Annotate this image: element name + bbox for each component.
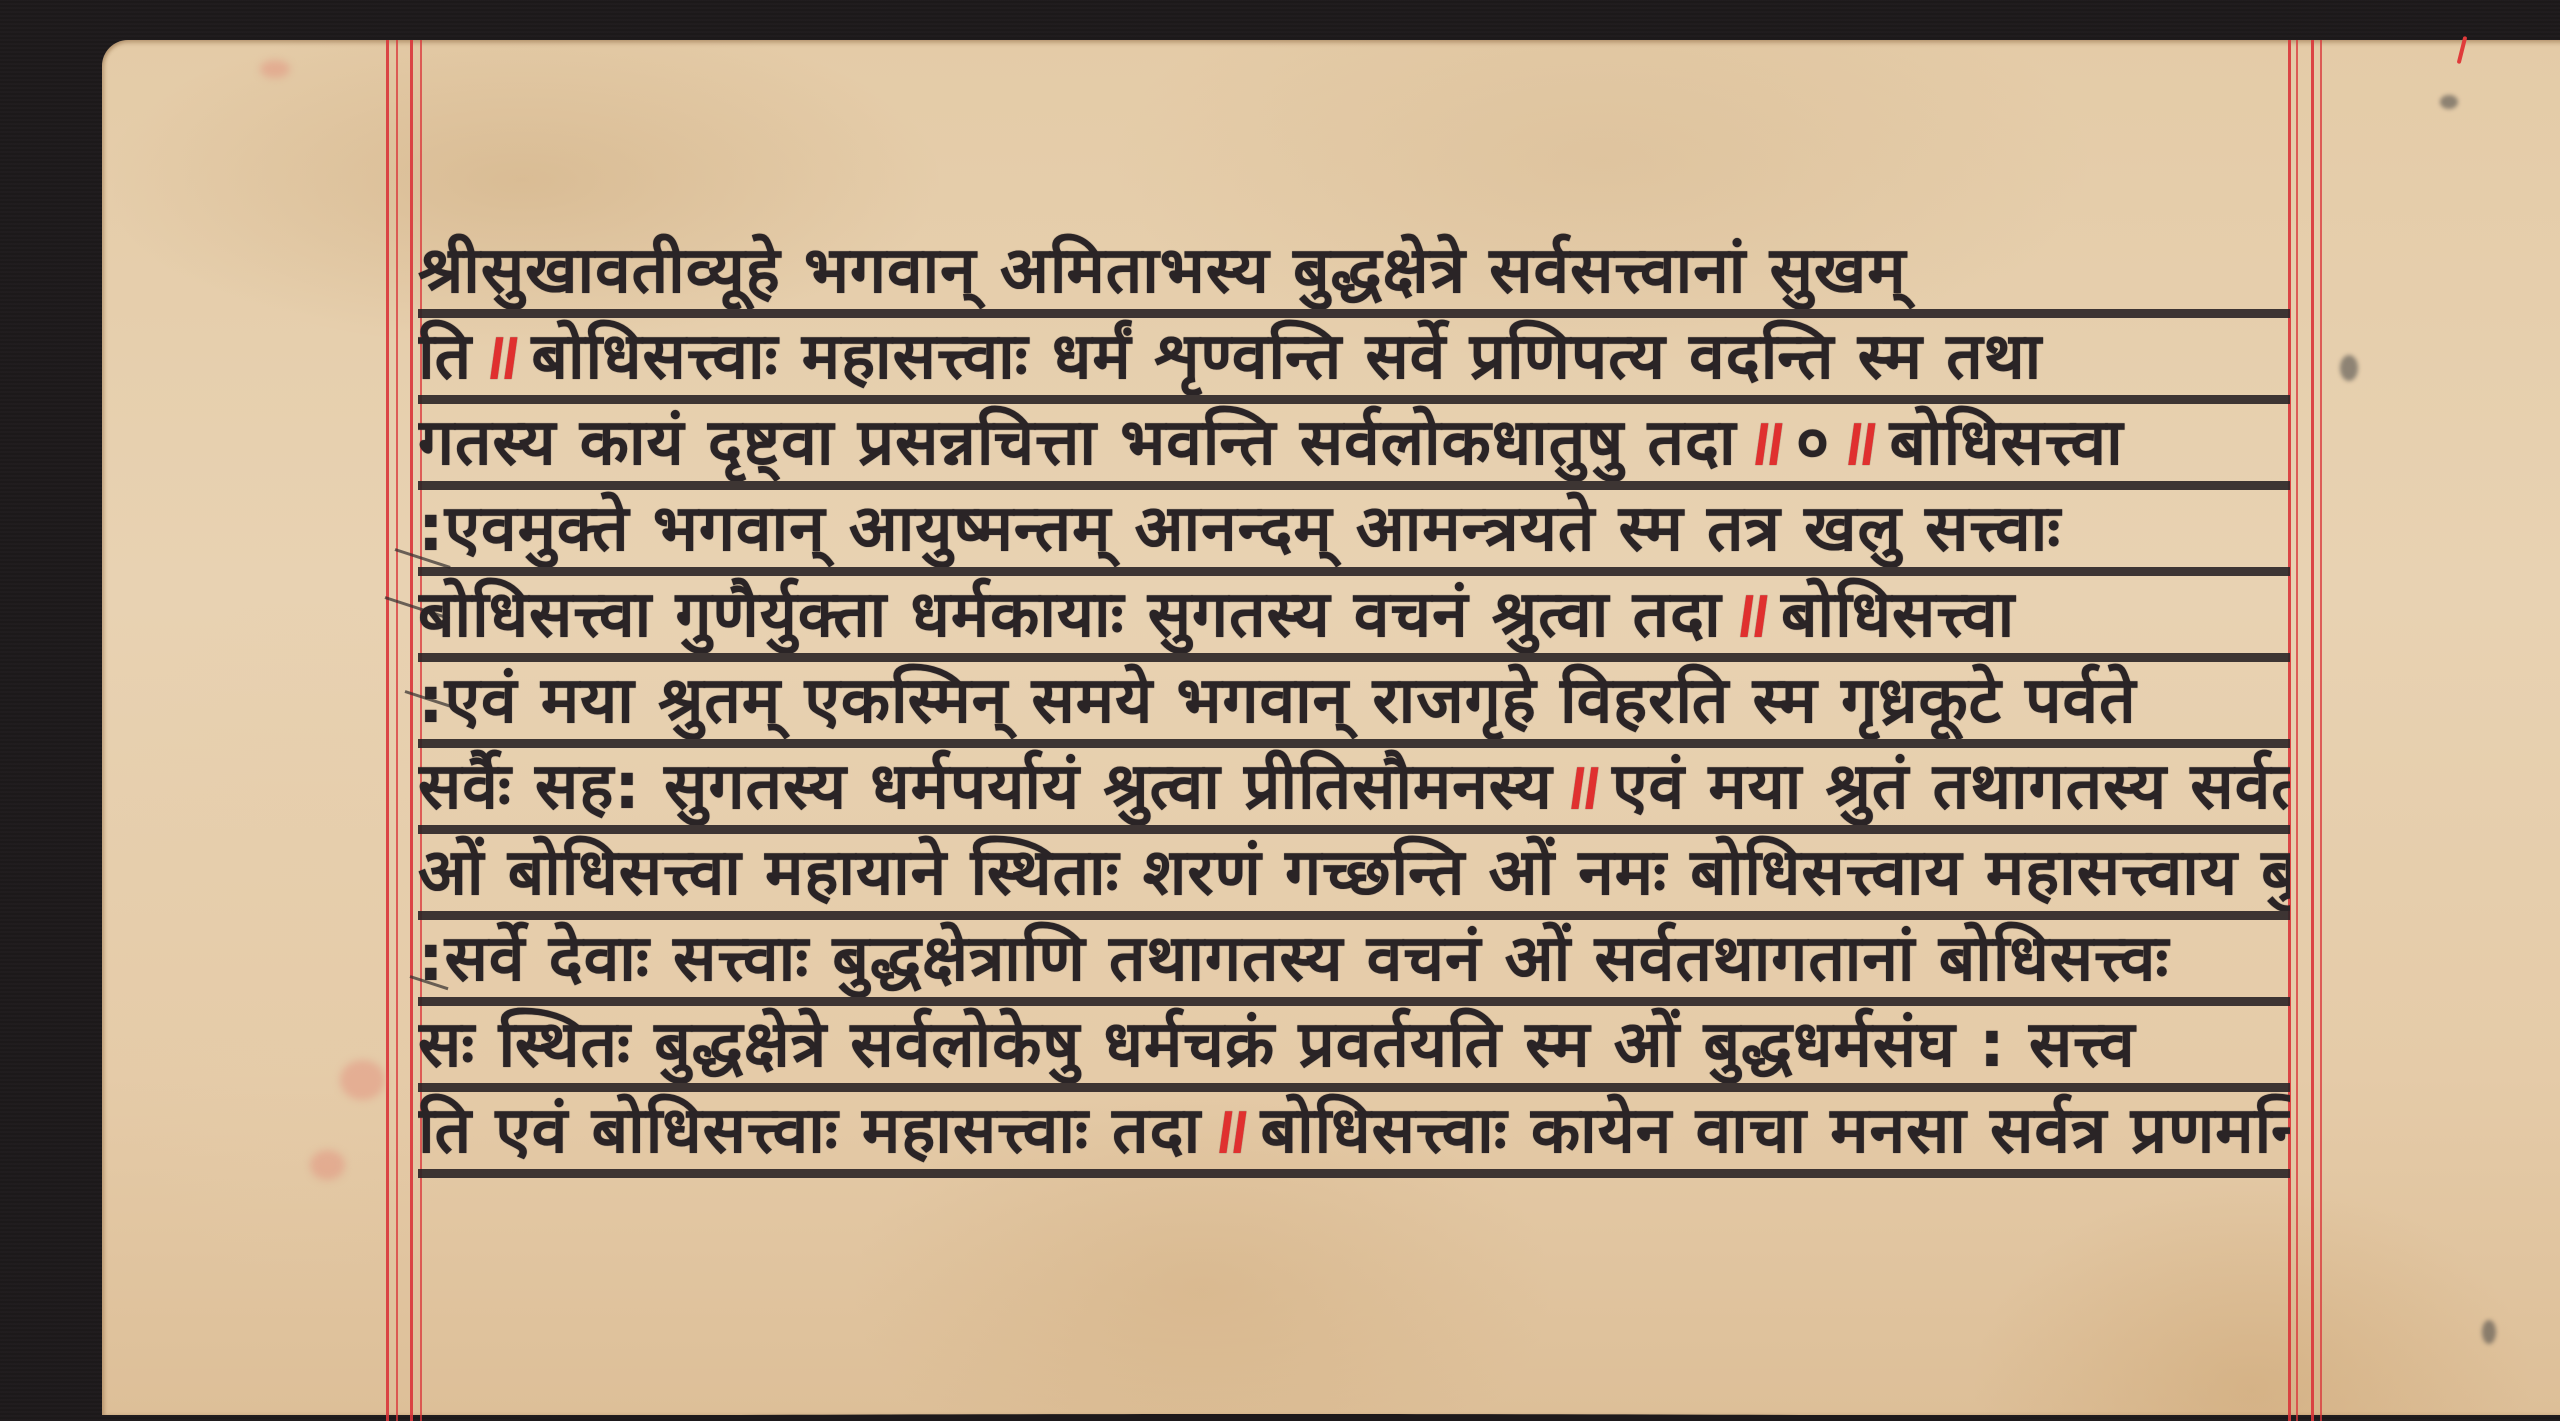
text-line-1: श्रीसुखावतीव्यूहे भगवान् अमिताभस्य बुद्ध… xyxy=(418,232,2290,318)
manuscript-text: श्रीसुखावतीव्यूहे भगवान् अमिताभस्य बुद्ध… xyxy=(418,232,2290,1178)
text-line-10: सः स्थितः बुद्धक्षेत्रे सर्वलोकेषु धर्मच… xyxy=(418,1006,2290,1092)
text-segment: सर्वैः सह: सुगतस्य धर्मपर्यायं श्रुत्वा … xyxy=(418,749,1553,825)
text-segment: ओं बोधिसत्त्वा महायाने स्थिताः शरणं गच्छ… xyxy=(418,835,2290,911)
text-segment: एवं मया श्रुतं तथागतस्य सर्वतः xyxy=(1612,749,2290,825)
ink-spot xyxy=(2340,355,2358,381)
text-line-5: बोधिसत्त्वा गुणैर्युक्ता धर्मकायाः सुगतस… xyxy=(418,576,2290,662)
red-smudge xyxy=(260,60,290,78)
red-smudge xyxy=(340,1060,385,1100)
text-line-9: :सर्वे देवाः सत्त्वाः बुद्धक्षेत्राणि तथ… xyxy=(418,920,2290,1006)
text-line-6: :एवं मया श्रुतम् एकस्मिन् समये भगवान् रा… xyxy=(418,662,2290,748)
text-segment: ० xyxy=(1796,405,1830,481)
text-line-3: गतस्य कायं दृष्ट्वा प्रसन्नचित्ता भवन्ति… xyxy=(418,404,2290,490)
text-segment: बोधिसत्त्वा xyxy=(1781,577,2015,653)
text-segment: बोधिसत्त्वा गुणैर्युक्ता धर्मकायाः सुगतस… xyxy=(418,577,1722,653)
text-segment: बोधिसत्त्वाः कायेन वाचा मनसा सर्वत्र प्र… xyxy=(1261,1093,2290,1169)
ink-spot xyxy=(2440,95,2458,109)
right-margin-rule xyxy=(2311,40,2314,1421)
text-segment: :एवमुक्ते भगवान् आयुष्मन्तम् आनन्दम् आमन… xyxy=(418,491,2061,567)
red-double-danda: ॥ xyxy=(1206,1093,1256,1169)
folio-bottom-edge xyxy=(520,1414,2020,1421)
left-margin-rule xyxy=(386,40,389,1421)
text-segment: ति xyxy=(418,319,472,395)
text-line-7: सर्वैः सह: सुगतस्य धर्मपर्यायं श्रुत्वा … xyxy=(418,748,2290,834)
red-smudge xyxy=(310,1150,345,1180)
red-double-danda: ॥ xyxy=(477,319,527,395)
text-segment: :सर्वे देवाः सत्त्वाः बुद्धक्षेत्राणि तथ… xyxy=(418,921,2169,997)
text-segment: :एवं मया श्रुतम् एकस्मिन् समये भगवान् रा… xyxy=(418,663,2137,739)
right-margin-rule xyxy=(2320,40,2322,1421)
text-line-11: ति एवं बोधिसत्त्वाः महासत्त्वाः तदा ॥ बो… xyxy=(418,1092,2290,1178)
text-segment: ति एवं बोधिसत्त्वाः महासत्त्वाः तदा xyxy=(418,1093,1201,1169)
ink-spot xyxy=(2482,1320,2496,1344)
red-double-danda: ॥ xyxy=(1557,749,1607,825)
text-line-8: ओं बोधिसत्त्वा महायाने स्थिताः शरणं गच्छ… xyxy=(418,834,2290,920)
left-margin-rule xyxy=(396,40,398,1421)
red-double-danda: ॥ xyxy=(1741,405,1791,481)
text-segment: श्रीसुखावतीव्यूहे भगवान् अमिताभस्य बुद्ध… xyxy=(418,233,1906,309)
left-margin-rule xyxy=(410,40,413,1421)
text-segment: बोधिसत्त्वाः महासत्त्वाः धर्मं शृण्वन्ति… xyxy=(531,319,2042,395)
text-line-4: :एवमुक्ते भगवान् आयुष्मन्तम् आनन्दम् आमन… xyxy=(418,490,2290,576)
red-double-danda: ॥ xyxy=(1726,577,1776,653)
text-segment: सः स्थितः बुद्धक्षेत्रे सर्वलोकेषु धर्मच… xyxy=(418,1007,2136,1083)
text-line-2: ति ॥ बोधिसत्त्वाः महासत्त्वाः धर्मं शृण्… xyxy=(418,318,2290,404)
text-segment: गतस्य कायं दृष्ट्वा प्रसन्नचित्ता भवन्ति… xyxy=(418,405,1737,481)
right-margin-rule xyxy=(2296,40,2298,1421)
red-double-danda: ॥ xyxy=(1835,405,1885,481)
text-segment: बोधिसत्त्वा xyxy=(1890,405,2124,481)
